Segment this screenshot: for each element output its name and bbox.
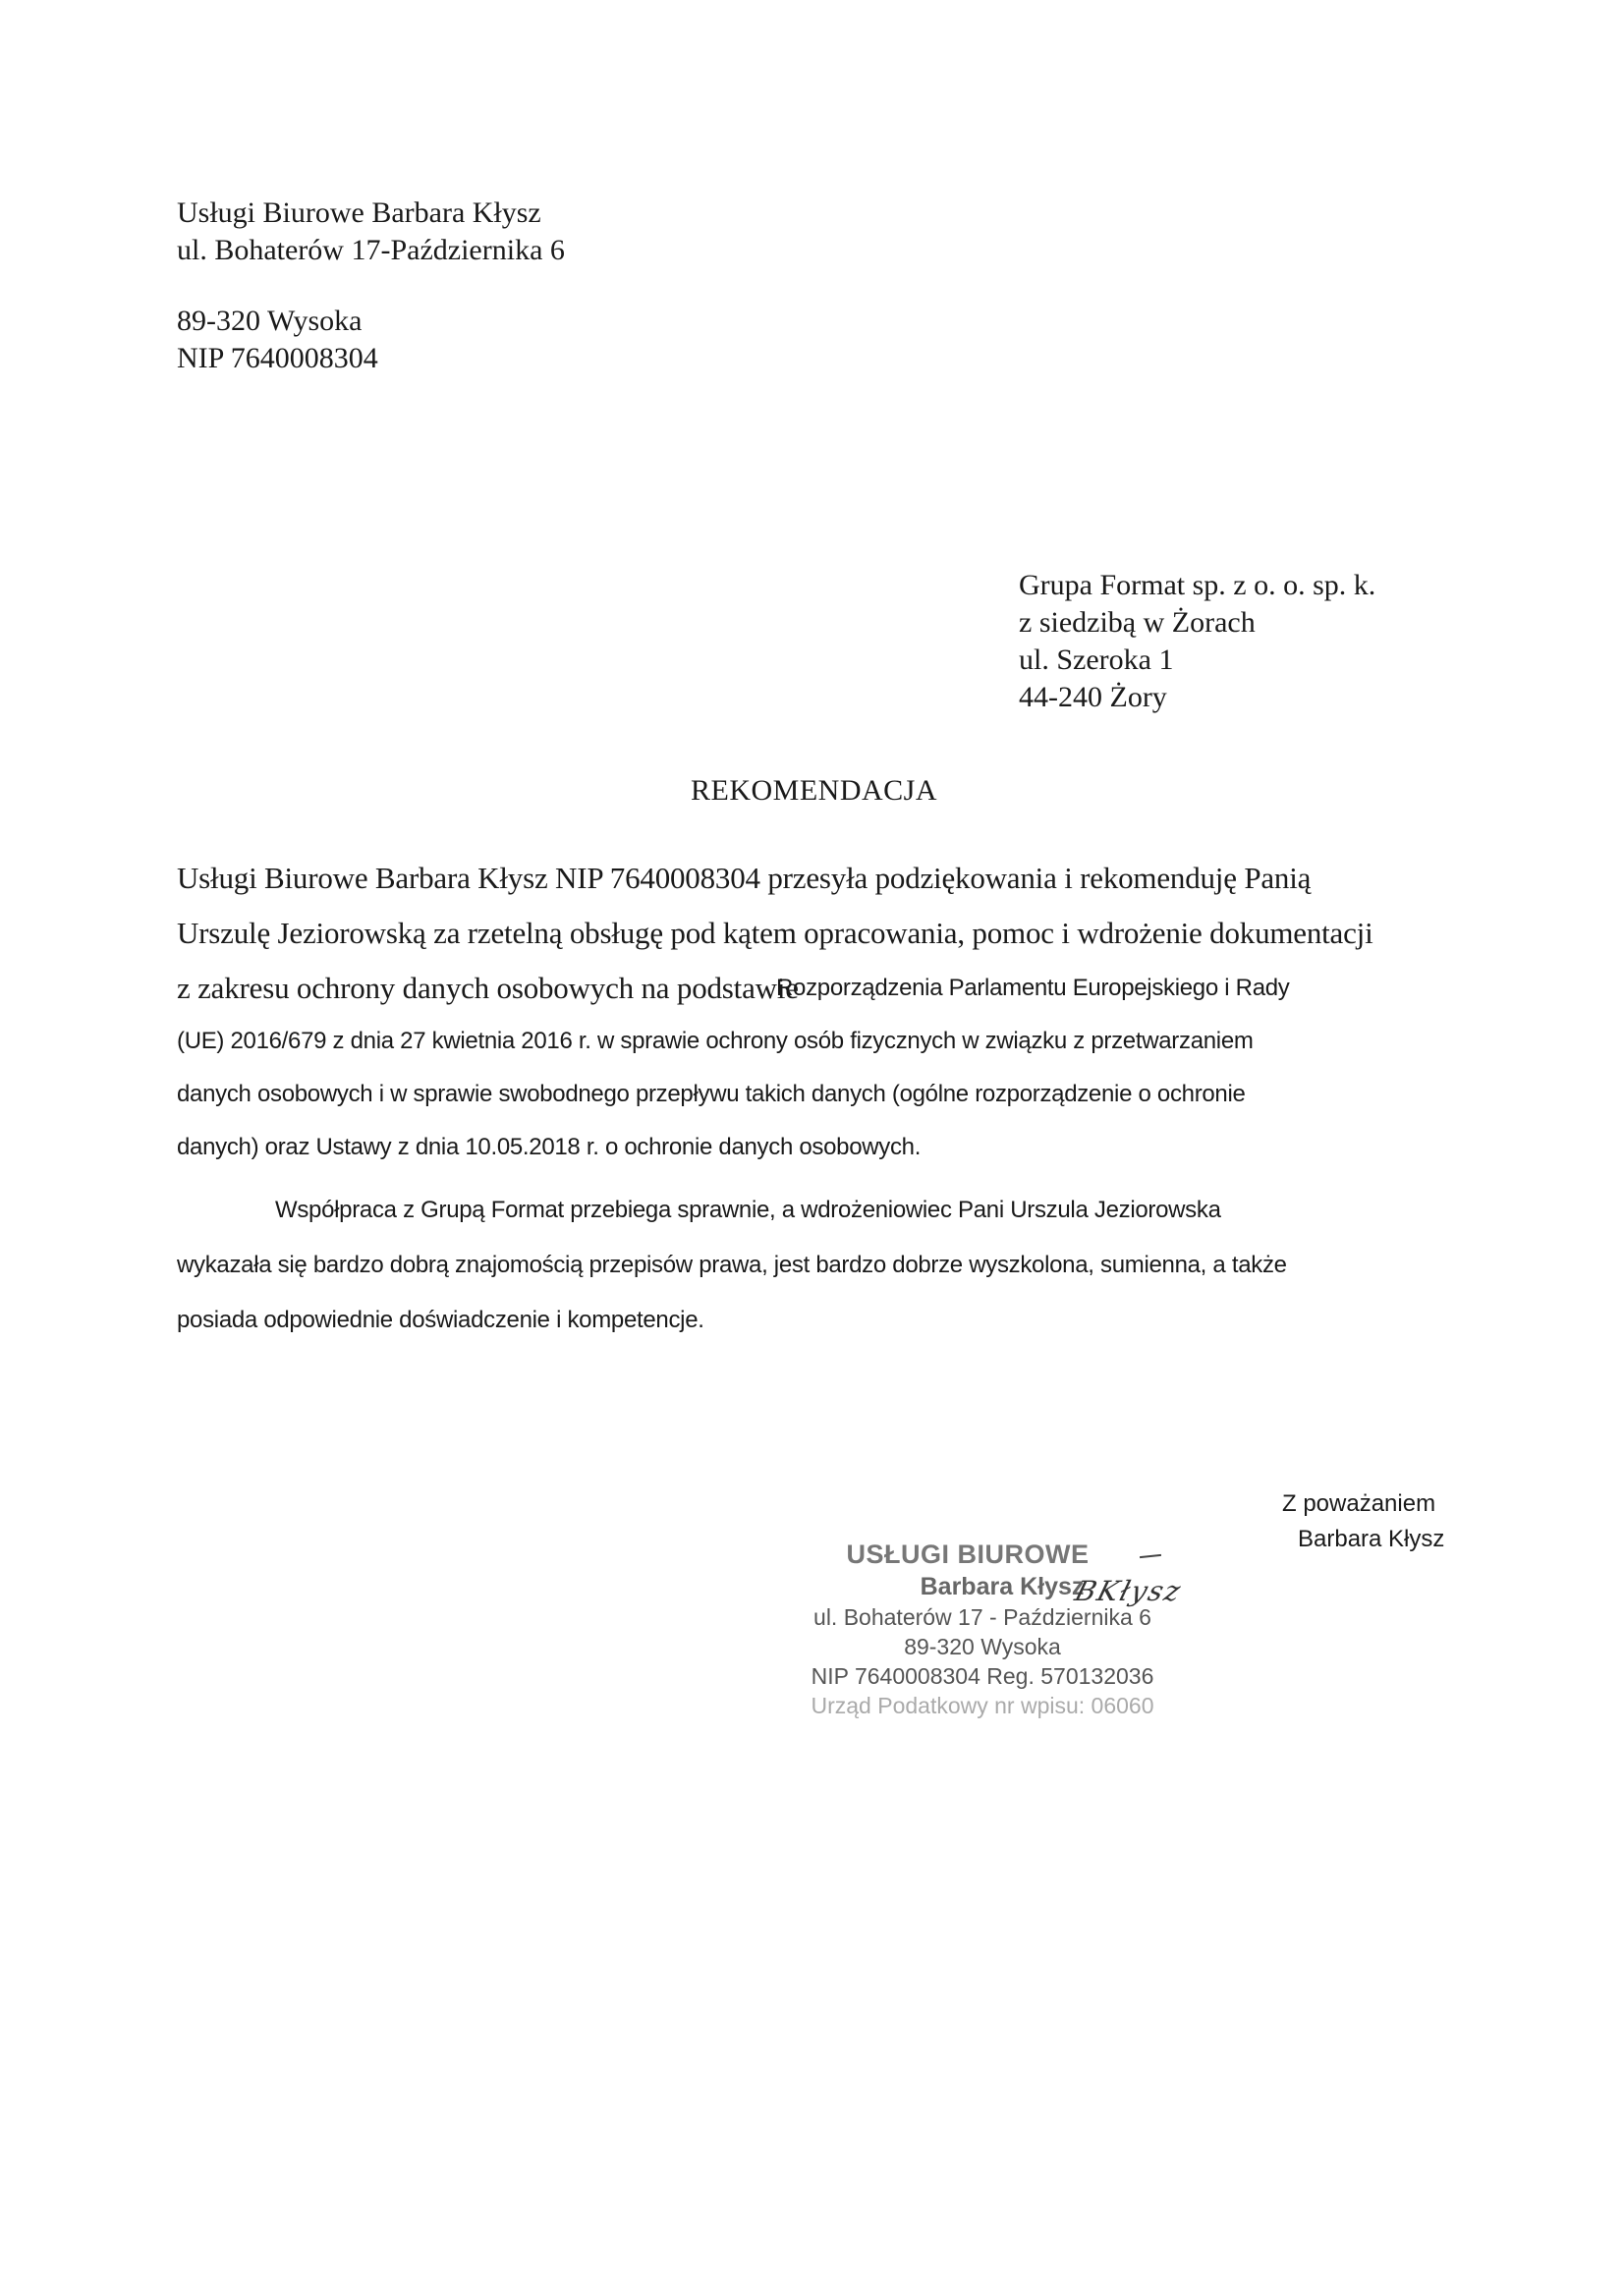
recipient-city: 44-240 Żory: [1019, 679, 1375, 716]
stamp-line-company: USŁUGI BIUROWE: [747, 1538, 1218, 1571]
recipient-street: ul. Szeroka 1: [1019, 642, 1375, 679]
sender-address-block: Usługi Biurowe Barbara Kłysz ul. Bohater…: [177, 195, 565, 377]
paragraph-line: Urszulę Jeziorowską za rzetelną obsługę …: [177, 916, 1373, 951]
closing-block: Z poważaniem Barbara Kłysz: [1282, 1486, 1444, 1557]
paragraph-line: wykazała się bardzo dobrą znajomością pr…: [177, 1252, 1287, 1279]
spacer: [177, 269, 565, 303]
stamp-line-city: 89-320 Wysoka: [747, 1632, 1218, 1661]
paragraph-line: Współpraca z Grupą Format przebiega spra…: [275, 1197, 1221, 1224]
paragraph-line: danych osobowych i w sprawie swobodnego …: [177, 1081, 1246, 1108]
sender-street: ul. Bohaterów 17-Października 6: [177, 232, 565, 269]
sender-nip: NIP 7640008304: [177, 340, 565, 377]
recipient-name: Grupa Format sp. z o. o. sp. k.: [1019, 567, 1375, 604]
company-stamp: USŁUGI BIUROWE Barbara Kłysz ul. Bohater…: [747, 1538, 1218, 1720]
sender-city: 89-320 Wysoka: [177, 303, 565, 340]
closing-salutation: Z poważaniem: [1282, 1486, 1444, 1522]
stamp-line-tax-office: Urząd Podatkowy nr wpisu: 06060: [747, 1691, 1218, 1720]
paragraph-line: (UE) 2016/679 z dnia 27 kwietnia 2016 r.…: [177, 1028, 1254, 1055]
handwritten-signature: BKłysz: [1072, 1575, 1186, 1607]
paragraph-line: Usługi Biurowe Barbara Kłysz NIP 7640008…: [177, 861, 1311, 896]
sender-name: Usługi Biurowe Barbara Kłysz: [177, 195, 565, 232]
document-title: REKOMENDACJA: [691, 774, 937, 808]
paragraph-line: danych) oraz Ustawy z dnia 10.05.2018 r.…: [177, 1134, 921, 1161]
paragraph-line: Rozporządzenia Parlamentu Europejskiego …: [776, 975, 1290, 1002]
paragraph-line: z zakresu ochrony danych osobowych na po…: [177, 971, 799, 1006]
paragraph-line: posiada odpowiednie doświadczenie i komp…: [177, 1307, 704, 1334]
recipient-seat: z siedzibą w Żorach: [1019, 604, 1375, 642]
closing-name: Barbara Kłysz: [1282, 1522, 1444, 1557]
stamp-line-nip-regon: NIP 7640008304 Reg. 570132036: [747, 1661, 1218, 1691]
recipient-address-block: Grupa Format sp. z o. o. sp. k. z siedzi…: [1019, 567, 1375, 716]
